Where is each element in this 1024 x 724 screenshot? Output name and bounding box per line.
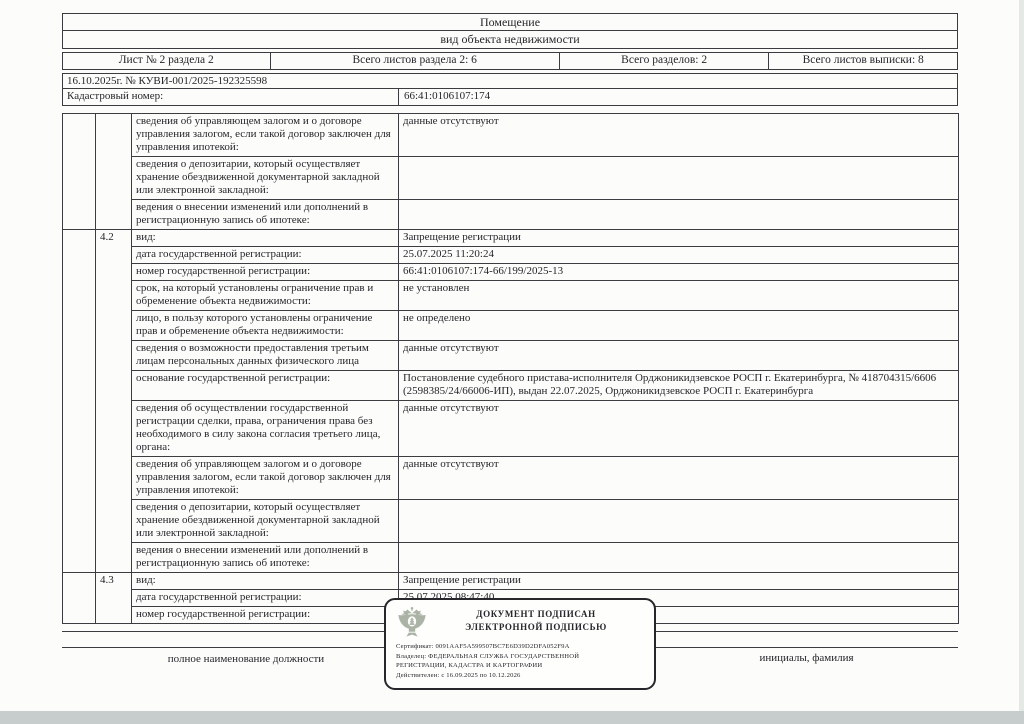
sheet-number: Лист № 2 раздела 2 (63, 53, 271, 69)
attribute-value-cell: данные отсутствуют (399, 401, 959, 457)
attribute-value-cell: не установлен (399, 281, 959, 311)
attribute-label-cell: вид: (132, 230, 399, 247)
document-meta-box: 16.10.2025г. № КУВИ-001/2025-192325598 К… (62, 73, 958, 106)
table-row: срок, на который установлены ограничение… (63, 281, 959, 311)
attribute-value-cell (399, 200, 959, 230)
attribute-value-cell: 66:41:0106107:174-66/199/2025-13 (399, 264, 959, 281)
attribute-label-cell: ведения о внесении изменений или дополне… (132, 200, 399, 230)
sheet-info-row: Лист № 2 раздела 2 Всего листов раздела … (62, 52, 958, 70)
attribute-value-cell: данные отсутствуют (399, 457, 959, 500)
section-number-cell (96, 114, 132, 230)
date-and-request-number: 16.10.2025г. № КУВИ-001/2025-192325598 (63, 74, 957, 89)
attribute-value-cell: данные отсутствуют (399, 114, 959, 157)
attribute-label-cell: номер государственной регистрации: (132, 264, 399, 281)
attribute-value-cell (399, 157, 959, 200)
table-row: сведения о депозитарии, который осуществ… (63, 157, 959, 200)
section-number-cell: 4.3 (96, 573, 132, 624)
attribute-label-cell: сведения об осуществлении государственно… (132, 401, 399, 457)
table-row: номер государственной регистрации:66:41:… (63, 264, 959, 281)
stamp-certificate: Сертификат: 0091AAF5A599507BC7E6D39D2DFA… (396, 642, 644, 652)
attribute-label-cell: сведения о возможности предоставления тр… (132, 341, 399, 371)
attribute-label-cell: дата государственной регистрации: (132, 590, 399, 607)
attribute-value-cell: не определено (399, 311, 959, 341)
attribute-label-cell: сведения о депозитарии, который осуществ… (132, 500, 399, 543)
table-row: лицо, в пользу которого установлены огра… (63, 311, 959, 341)
attribute-label-cell: сведения об управляющем залогом и о дого… (132, 114, 399, 157)
margin-cell (63, 114, 96, 230)
object-type-box: Помещение вид объекта недвижимости (62, 13, 958, 49)
position-caption: полное наименование должности (62, 648, 430, 666)
attribute-label-cell: номер государственной регистрации: (132, 607, 399, 624)
attribute-label-cell: ведения о внесении изменений или дополне… (132, 543, 399, 573)
attribute-label-cell: вид: (132, 573, 399, 590)
table-row: сведения об управляющем залогом и о дого… (63, 457, 959, 500)
table-row: сведения о депозитарии, который осуществ… (63, 500, 959, 543)
table-row: 4.3вид:Запрещение регистрации (63, 573, 959, 590)
object-type-value: Помещение (63, 14, 957, 31)
attribute-value-cell (399, 543, 959, 573)
attribute-label-cell: срок, на который установлены ограничение… (132, 281, 399, 311)
initials-caption: инициалы, фамилия (655, 652, 958, 664)
stamp-validity: Действителен: с 16.09.2025 по 10.12.2026 (396, 671, 644, 681)
attribute-value-cell: 25.07.2025 11:20:24 (399, 247, 959, 264)
margin-cell (63, 573, 96, 624)
attribute-value-cell: Запрещение регистрации (399, 230, 959, 247)
attribute-label-cell: основание государственной регистрации: (132, 371, 399, 401)
cadastral-number-value: 66:41:0106107:174 (399, 89, 957, 105)
stamp-owner: Владелец: ФЕДЕРАЛЬНАЯ СЛУЖБА ГОСУДАРСТВЕ… (396, 652, 586, 671)
table-row: сведения о возможности предоставления тр… (63, 341, 959, 371)
sections-total: Всего разделов: 2 (560, 53, 770, 69)
table-row: ведения о внесении изменений или дополне… (63, 200, 959, 230)
coat-of-arms-icon (396, 606, 428, 640)
digital-signature-stamp: ДОКУМЕНТ ПОДПИСАН ЭЛЕКТРОННОЙ ПОДПИСЬЮ С… (384, 598, 656, 690)
section-sheets-total: Всего листов раздела 2: 6 (271, 53, 560, 69)
margin-cell (63, 230, 96, 573)
restrictions-table: сведения об управляющем залогом и о дого… (62, 113, 959, 624)
attribute-label-cell: лицо, в пользу которого установлены огра… (132, 311, 399, 341)
attribute-value-cell: Постановление судебного пристава-исполни… (399, 371, 959, 401)
signature-position-field (62, 631, 430, 648)
table-row: основание государственной регистрации:По… (63, 371, 959, 401)
attribute-label-cell: сведения о депозитарии, который осуществ… (132, 157, 399, 200)
attribute-value-cell: данные отсутствуют (399, 341, 959, 371)
table-row: сведения об управляющем залогом и о дого… (63, 114, 959, 157)
object-type-caption: вид объекта недвижимости (63, 31, 957, 48)
cadastral-number-label: Кадастровый номер: (63, 89, 399, 105)
signature-left-block: полное наименование должности (62, 631, 430, 666)
table-row: ведения о внесении изменений или дополне… (63, 543, 959, 573)
attribute-value-cell (399, 500, 959, 543)
document-page: Помещение вид объекта недвижимости Лист … (0, 0, 1024, 724)
table-row: 4.2вид:Запрещение регистрации (63, 230, 959, 247)
scan-edge-bottom (0, 711, 1024, 724)
attribute-value-cell: Запрещение регистрации (399, 573, 959, 590)
scan-edge-right (1019, 0, 1024, 724)
extract-sheets-total: Всего листов выписки: 8 (769, 53, 957, 69)
stamp-title-line1: ДОКУМЕНТ ПОДПИСАН (428, 608, 644, 621)
attribute-label-cell: сведения об управляющем залогом и о дого… (132, 457, 399, 500)
table-row: дата государственной регистрации:25.07.2… (63, 247, 959, 264)
section-number-cell: 4.2 (96, 230, 132, 573)
table-row: сведения об осуществлении государственно… (63, 401, 959, 457)
stamp-title-line2: ЭЛЕКТРОННОЙ ПОДПИСЬЮ (428, 621, 644, 634)
attribute-label-cell: дата государственной регистрации: (132, 247, 399, 264)
